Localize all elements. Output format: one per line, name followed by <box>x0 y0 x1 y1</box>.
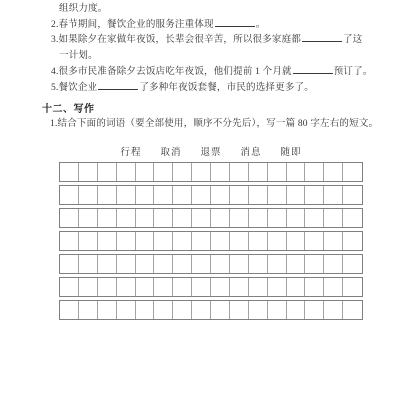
grid-cell <box>136 278 155 296</box>
word-bank-item: 取消 <box>160 144 181 158</box>
grid-cell <box>154 163 173 181</box>
grid-cell <box>79 163 98 181</box>
grid-cell <box>192 232 211 250</box>
question-text: 预订了。 <box>334 67 373 77</box>
grid-cell <box>192 163 211 181</box>
grid-cell <box>268 163 287 181</box>
grid-cell <box>192 278 211 296</box>
grid-cell <box>192 186 211 204</box>
grid-row <box>59 254 363 274</box>
grid-cell <box>230 255 249 273</box>
grid-cell <box>343 278 362 296</box>
fill-in-blank <box>98 88 138 90</box>
grid-cell <box>230 209 249 227</box>
grid-cell <box>268 209 287 227</box>
grid-cell <box>79 232 98 250</box>
grid-cell <box>79 186 98 204</box>
grid-cell <box>211 301 230 319</box>
grid-cell <box>117 278 136 296</box>
grid-cell <box>268 232 287 250</box>
grid-cell <box>173 278 192 296</box>
grid-cell <box>343 255 362 273</box>
grid-cell <box>249 301 268 319</box>
grid-cell <box>343 209 362 227</box>
grid-cell <box>98 232 117 250</box>
grid-cell <box>324 301 343 319</box>
fill-in-blank <box>302 40 342 42</box>
grid-cell <box>79 278 98 296</box>
grid-row <box>59 162 363 182</box>
grid-cell <box>287 163 306 181</box>
grid-cell <box>136 209 155 227</box>
grid-row <box>59 300 363 320</box>
grid-cell <box>79 301 98 319</box>
instruction-line: 1.结合下面的词语（要全部使用，顺序不分先后），写一篇 80 字左右的短文。 <box>50 118 376 131</box>
grid-cell <box>117 186 136 204</box>
grid-cell <box>154 209 173 227</box>
grid-cell <box>60 163 79 181</box>
grid-cell <box>173 163 192 181</box>
grid-cell <box>249 255 268 273</box>
grid-cell <box>287 232 306 250</box>
grid-cell <box>154 278 173 296</box>
grid-cell <box>268 186 287 204</box>
grid-row <box>59 231 363 251</box>
question-text: 组织力度。 <box>59 4 108 14</box>
grid-cell <box>173 186 192 204</box>
grid-cell <box>98 186 117 204</box>
grid-cell <box>324 278 343 296</box>
grid-cell <box>268 255 287 273</box>
question-line: 4.很多市民准备除夕去饭店吃年夜饭，他们提前 1 个月就预订了。 <box>0 65 400 81</box>
question-text: 一计划。 <box>59 51 98 61</box>
grid-cell <box>343 301 362 319</box>
grid-cell <box>343 163 362 181</box>
grid-cell <box>230 278 249 296</box>
question-line: 2.春节期间，餐饮企业的服务注重体现。 <box>0 18 400 34</box>
grid-cell <box>324 186 343 204</box>
word-bank-item: 消息 <box>241 144 262 158</box>
grid-row <box>59 185 363 205</box>
grid-cell <box>230 186 249 204</box>
fill-in-questions-block: 组织力度。2.春节期间，餐饮企业的服务注重体现。3.如果除夕在家做年夜饭，长辈会… <box>0 2 400 96</box>
grid-cell <box>249 209 268 227</box>
grid-cell <box>98 301 117 319</box>
question-text: 3.如果除夕在家做年夜饭，长辈会很辛苦，所以很多家庭都 <box>51 35 301 45</box>
grid-row <box>59 277 363 297</box>
grid-cell <box>117 209 136 227</box>
grid-cell <box>287 186 306 204</box>
grid-cell <box>230 232 249 250</box>
grid-cell <box>136 163 155 181</box>
grid-cell <box>343 232 362 250</box>
question-text: 了多种年夜饭套餐，市民的选择更多了。 <box>139 83 314 93</box>
grid-cell <box>211 209 230 227</box>
grid-cell <box>60 278 79 296</box>
grid-cell <box>324 163 343 181</box>
grid-cell <box>211 255 230 273</box>
question-text: 。 <box>256 20 266 30</box>
question-text: 2.春节期间，餐饮企业的服务注重体现 <box>51 20 214 30</box>
grid-cell <box>324 209 343 227</box>
grid-cell <box>287 255 306 273</box>
grid-cell <box>117 232 136 250</box>
word-bank-item: 随即 <box>281 144 302 158</box>
grid-cell <box>154 301 173 319</box>
question-text: 5.餐饮企业 <box>51 83 97 93</box>
grid-cell <box>136 186 155 204</box>
grid-cell <box>305 278 324 296</box>
word-bank: 行程取消退票消息随即 <box>59 144 363 158</box>
fill-in-blank <box>293 72 333 74</box>
grid-cell <box>192 209 211 227</box>
grid-cell <box>249 163 268 181</box>
grid-cell <box>305 186 324 204</box>
question-line: 5.餐饮企业了多种年夜饭套餐，市民的选择更多了。 <box>0 81 400 97</box>
worksheet-page: 组织力度。2.春节期间，餐饮企业的服务注重体现。3.如果除夕在家做年夜饭，长辈会… <box>0 0 400 400</box>
writing-grid <box>59 162 363 320</box>
grid-cell <box>287 278 306 296</box>
grid-cell <box>154 232 173 250</box>
grid-cell <box>249 186 268 204</box>
grid-cell <box>98 209 117 227</box>
grid-cell <box>117 163 136 181</box>
grid-cell <box>60 301 79 319</box>
grid-cell <box>211 278 230 296</box>
grid-cell <box>79 255 98 273</box>
grid-cell <box>268 301 287 319</box>
word-bank-item: 行程 <box>120 144 141 158</box>
grid-cell <box>268 278 287 296</box>
grid-cell <box>154 255 173 273</box>
fill-in-blank <box>215 25 255 27</box>
grid-cell <box>305 232 324 250</box>
grid-cell <box>60 186 79 204</box>
grid-cell <box>249 232 268 250</box>
grid-cell <box>173 209 192 227</box>
grid-cell <box>98 255 117 273</box>
grid-cell <box>305 163 324 181</box>
grid-cell <box>154 186 173 204</box>
grid-cell <box>192 255 211 273</box>
grid-cell <box>324 255 343 273</box>
question-text: 了这 <box>343 35 362 45</box>
grid-cell <box>211 186 230 204</box>
grid-cell <box>211 232 230 250</box>
grid-cell <box>60 232 79 250</box>
grid-cell <box>173 255 192 273</box>
grid-cell <box>305 255 324 273</box>
question-line: 一计划。 <box>0 49 400 65</box>
grid-cell <box>211 163 230 181</box>
grid-cell <box>136 255 155 273</box>
grid-cell <box>60 255 79 273</box>
grid-cell <box>249 278 268 296</box>
grid-cell <box>192 301 211 319</box>
question-text: 4.很多市民准备除夕去饭店吃年夜饭，他们提前 1 个月就 <box>51 67 292 77</box>
grid-cell <box>98 163 117 181</box>
grid-cell <box>117 301 136 319</box>
grid-cell <box>136 301 155 319</box>
grid-cell <box>287 209 306 227</box>
grid-cell <box>173 301 192 319</box>
word-bank-item: 退票 <box>200 144 221 158</box>
grid-row <box>59 208 363 228</box>
grid-cell <box>117 255 136 273</box>
grid-cell <box>98 278 117 296</box>
grid-cell <box>60 209 79 227</box>
grid-cell <box>136 232 155 250</box>
grid-cell <box>230 301 249 319</box>
grid-cell <box>230 163 249 181</box>
grid-cell <box>305 301 324 319</box>
grid-cell <box>173 232 192 250</box>
question-line: 3.如果除夕在家做年夜饭，长辈会很辛苦，所以很多家庭都了这 <box>0 33 400 49</box>
grid-cell <box>79 209 98 227</box>
section-title: 十二、写作 <box>42 100 95 115</box>
grid-cell <box>305 209 324 227</box>
grid-cell <box>287 301 306 319</box>
grid-cell <box>343 186 362 204</box>
question-line: 组织力度。 <box>0 2 400 18</box>
grid-cell <box>324 232 343 250</box>
